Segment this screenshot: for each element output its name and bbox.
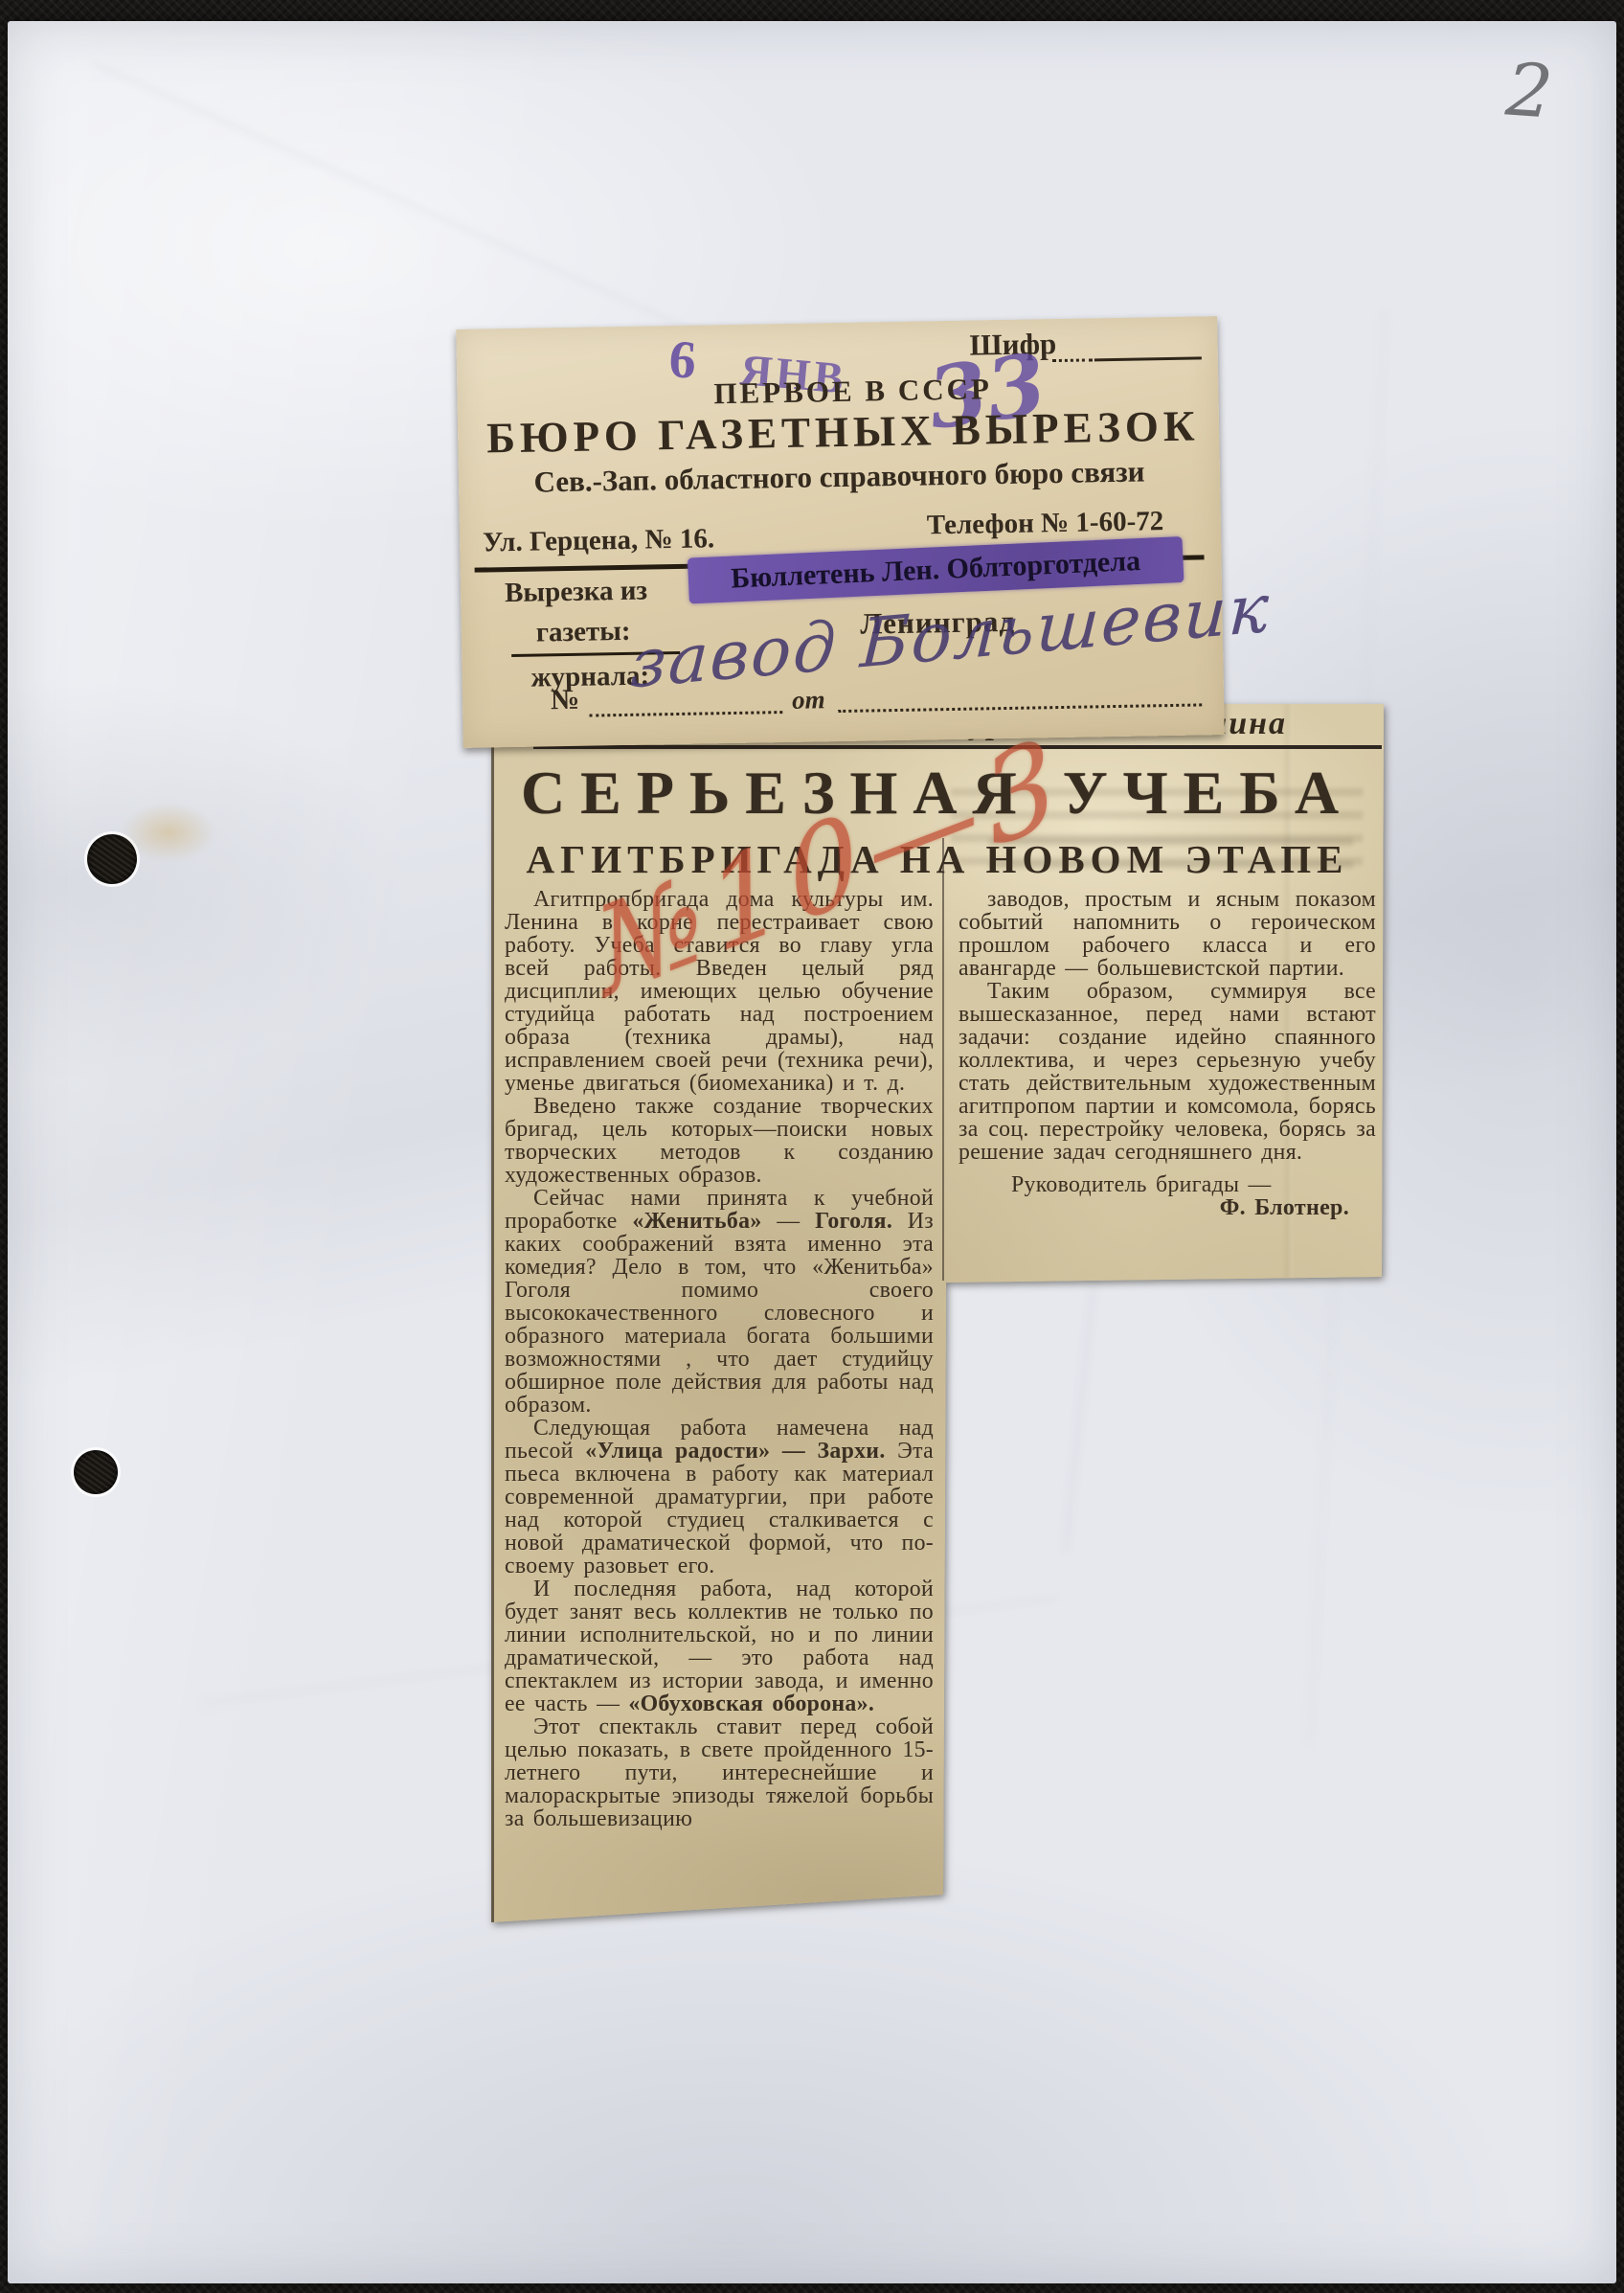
archive-page: 2 оме культуры имени Ленина СЕРЬЕЗНАЯ УЧ… xyxy=(8,21,1616,2283)
page-number: 2 xyxy=(1503,46,1555,134)
article-paragraph: Этот спектакль ставит перед собой целью … xyxy=(505,1715,934,1830)
date-stamp-day: 6 xyxy=(667,329,698,392)
from-field-label: от xyxy=(792,685,825,715)
paper-crease xyxy=(93,57,709,337)
article-paragraph: Сейчас нами принята к учебной проработке… xyxy=(505,1187,934,1417)
cipher-dotted-line xyxy=(1051,331,1093,362)
article-column-right: заводов, простым и ясным показом событий… xyxy=(959,888,1376,1219)
newspaper-clipping: оме культуры имени Ленина СЕРЬЕЗНАЯ УЧЕБ… xyxy=(491,704,1384,1935)
from-dotted-line xyxy=(838,676,1202,713)
newspaper-field-label: газеты: xyxy=(536,616,631,649)
column-rule xyxy=(491,704,494,1922)
article-column-right-paragraphs: заводов, простым и ясным показом событий… xyxy=(959,888,1376,1164)
cipher-fill-line xyxy=(1094,329,1202,361)
article-paragraph: Следующая работа намечена над пьесой «Ул… xyxy=(505,1417,934,1578)
article-column-left: Агитпропбригада дома культуры им. Ленина… xyxy=(505,888,934,1830)
bureau-address: Ул. Герцена, № 16. xyxy=(483,523,715,558)
paper-stain xyxy=(121,803,216,862)
article-paragraph: заводов, простым и ясным показом событий… xyxy=(959,888,1376,980)
bureau-label: 6 ЯНВ Шифр 33 ПЕРВОЕ В СССР БЮРО ГАЗЕТНЫ… xyxy=(456,316,1225,748)
article-paragraph: И последняя работа, над которой будет за… xyxy=(505,1578,934,1715)
article-paragraph: Введено также создание творческих бригад… xyxy=(505,1095,934,1187)
bureau-title: БЮРО ГАЗЕТНЫХ ВЫРЕЗОК xyxy=(486,401,1191,464)
newspaper-clipping-wrap: оме культуры имени Ленина СЕРЬЕЗНАЯ УЧЕБ… xyxy=(491,704,1384,1935)
number-field-label: № xyxy=(551,684,580,717)
bureau-phone: Телефон № 1-60-72 xyxy=(927,506,1164,541)
punch-hole xyxy=(74,1450,118,1494)
article-paragraph: Таким образом, суммируя все вышесказанно… xyxy=(959,980,1376,1164)
signature-name: Ф. Блотнер. xyxy=(959,1196,1376,1219)
clipping-from-label: Вырезка из xyxy=(505,576,648,610)
scanned-archive-sheet: { "colors":{ "scan_background":"#1b1917"… xyxy=(0,0,1624,2293)
column-divider xyxy=(942,838,944,1281)
signature-role: Руководитель бригады — xyxy=(959,1173,1376,1196)
